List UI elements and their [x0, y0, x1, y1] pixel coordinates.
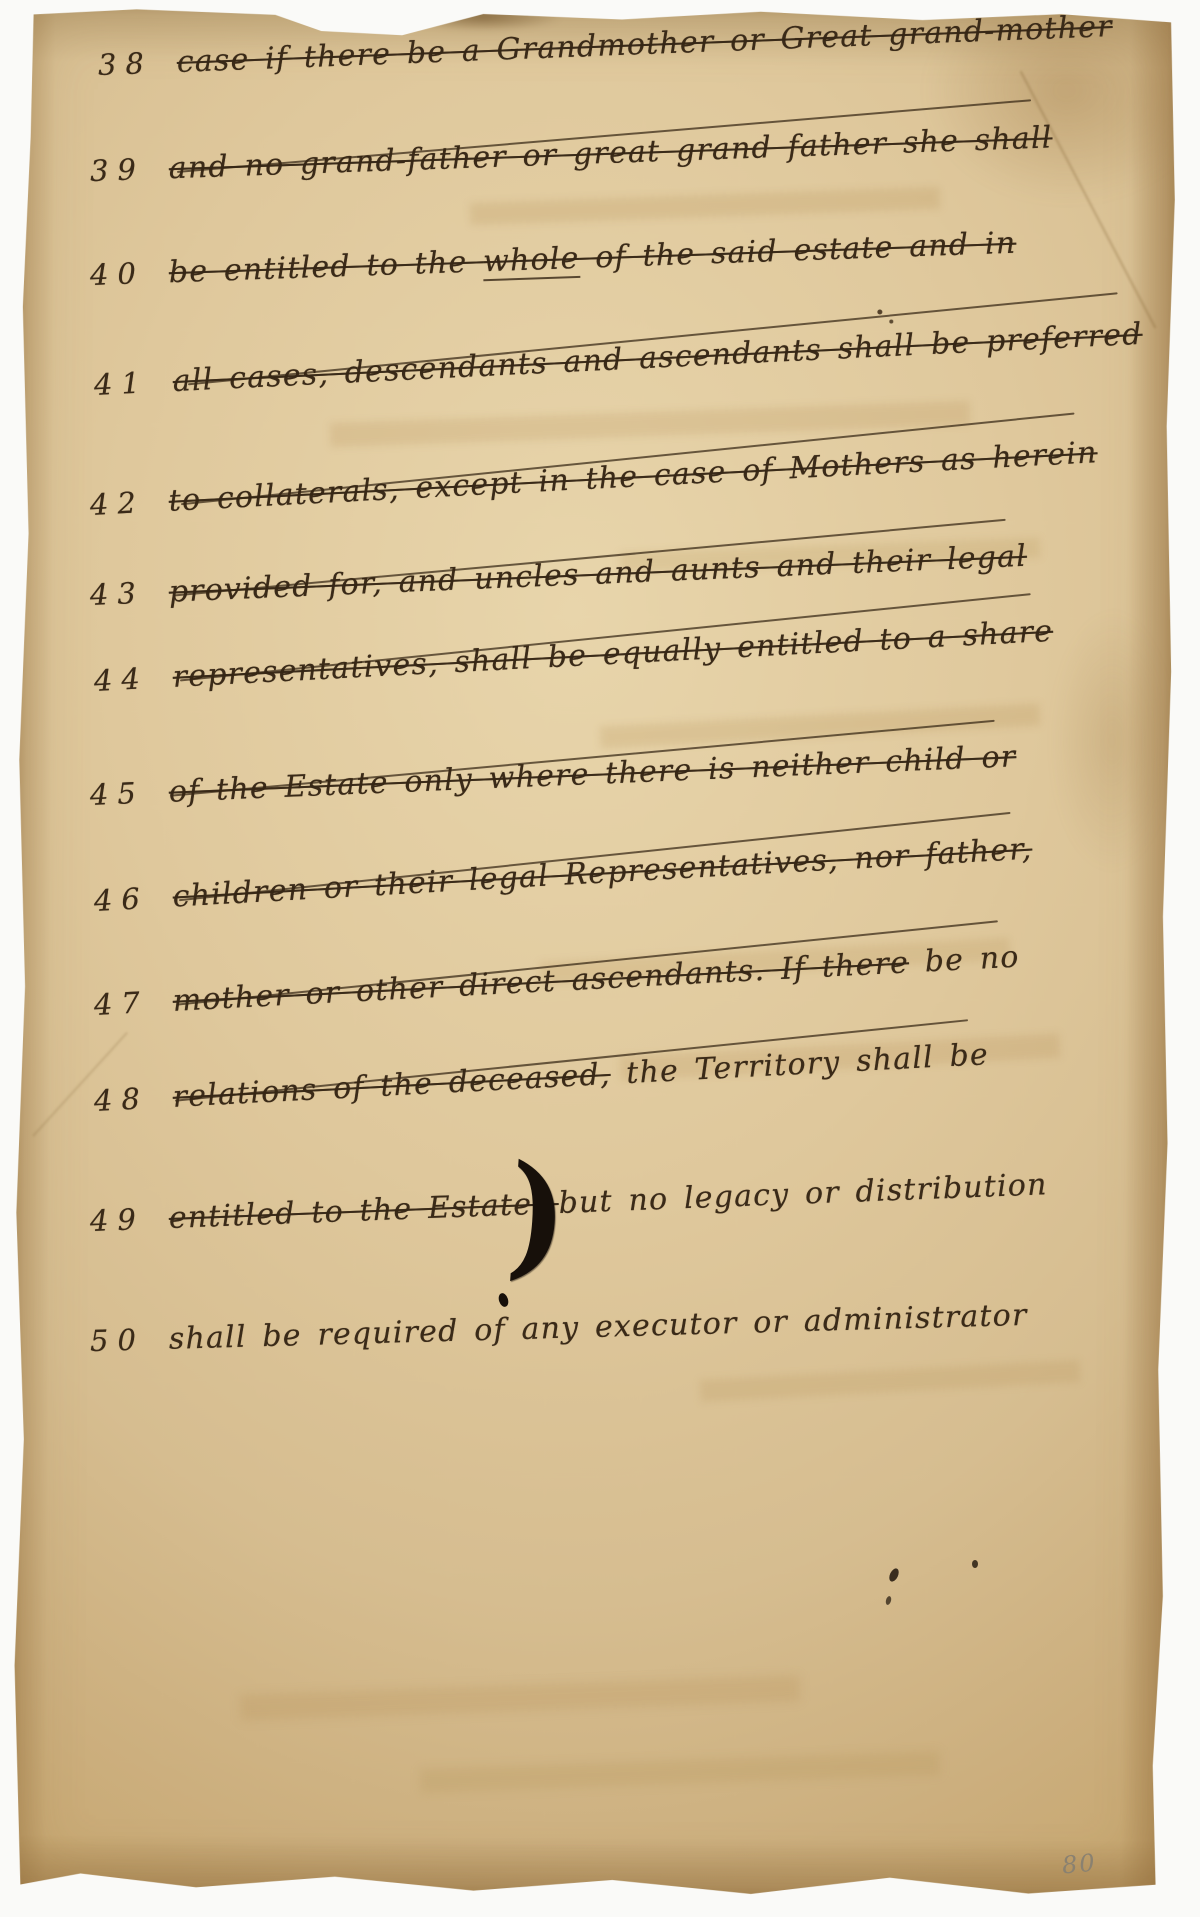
struck-text: of the said estate and in [579, 226, 1017, 276]
line-text: be entitled to the whole of the said est… [168, 226, 1017, 291]
line-text: mother or other direct ascendants. If th… [172, 940, 1021, 1019]
struck-text: relations of the deceased, [172, 1057, 612, 1115]
handwritten-text: be no [908, 940, 1020, 981]
line-number: 48 [93, 1081, 150, 1119]
line-text: of the Estate only where there is neithe… [168, 739, 1017, 809]
line-number: 43 [89, 576, 145, 613]
manuscript-line-40: 40be entitled to the whole of the said e… [89, 226, 1017, 294]
line-number: 49 [89, 1202, 145, 1239]
manuscript-lines: 38case if there be a Grandmother or Grea… [0, 0, 1200, 1917]
line-number: 44 [93, 661, 150, 699]
manuscript-line-41: 41all cases, descendants and ascendants … [93, 317, 1143, 404]
struck-text: provided for, and uncles and aunts and t… [168, 539, 1028, 610]
line-number: 42 [89, 485, 146, 523]
struck-text: children or their legal Representatives,… [172, 832, 1033, 915]
manuscript-line-45: 45of the Estate only where there is neit… [89, 739, 1017, 814]
manuscript-line-42: 42to collaterals, except in the case of … [89, 435, 1098, 524]
line-number: 50 [89, 1322, 145, 1358]
line-number: 39 [89, 152, 145, 189]
struck-text: mother or other direct ascendants. If th… [172, 945, 910, 1019]
struck-text: all cases, descendants and ascendants sh… [172, 317, 1143, 399]
page-number: 80 [1061, 1849, 1098, 1880]
struck-text: of the Estate only where there is neithe… [168, 739, 1017, 809]
line-text: case if there be a Grandmother or Great … [176, 9, 1113, 80]
manuscript-line-47: 47mother or other direct ascendants. If … [93, 940, 1020, 1024]
line-number: 47 [93, 985, 150, 1023]
manuscript-line-44: 44representatives, shall be equally enti… [93, 614, 1054, 700]
line-text: relations of the deceased, the Territory… [172, 1037, 990, 1115]
struck-text: entitled to the Estate, [168, 1186, 559, 1236]
struck-text: whole [483, 241, 581, 281]
line-text: provided for, and uncles and aunts and t… [168, 539, 1028, 610]
struck-text: representatives, shall be equally entitl… [172, 614, 1054, 695]
line-text: children or their legal Representatives,… [172, 832, 1033, 915]
struck-text: to collaterals, except in the case of Mo… [168, 435, 1099, 519]
manuscript-line-39: 39and no grand-father or great grand fat… [89, 120, 1053, 190]
handwritten-text: but no legacy or distribution [558, 1167, 1048, 1221]
struck-text: be entitled to the [168, 244, 484, 290]
struck-text: case if there be a Grandmother or Great … [176, 9, 1113, 80]
line-number: 40 [89, 256, 145, 293]
line-number: 45 [89, 776, 145, 813]
line-text: entitled to the Estate, but no legacy or… [168, 1167, 1048, 1236]
handwritten-text: shall be required of any executor or adm… [168, 1298, 1028, 1357]
line-number: 38 [97, 46, 153, 83]
manuscript-line-38: 38case if there be a Grandmother or Grea… [97, 9, 1113, 84]
ink-blot: ) [504, 1146, 572, 1284]
manuscript-line-48: 48relations of the deceased, the Territo… [93, 1037, 990, 1120]
line-text: shall be required of any executor or adm… [168, 1298, 1028, 1357]
line-number: 41 [93, 365, 150, 402]
handwritten-text: the Territory shall be [610, 1037, 990, 1092]
manuscript-line-50: 50shall be required of any executor or a… [89, 1298, 1027, 1360]
manuscript-line-46: 46children or their legal Representative… [93, 832, 1033, 920]
scanned-document: 38case if there be a Grandmother or Grea… [0, 0, 1200, 1917]
line-text: to collaterals, except in the case of Mo… [168, 435, 1099, 519]
manuscript-line-43: 43provided for, and uncles and aunts and… [89, 539, 1027, 614]
line-text: representatives, shall be equally entitl… [172, 614, 1054, 695]
line-text: and no grand-father or great grand fathe… [168, 120, 1053, 186]
line-number: 46 [93, 881, 150, 919]
line-text: all cases, descendants and ascendants sh… [172, 317, 1143, 399]
struck-text: and no grand-father or great grand fathe… [168, 120, 1053, 186]
manuscript-content: 38case if there be a Grandmother or Grea… [0, 0, 1200, 1917]
